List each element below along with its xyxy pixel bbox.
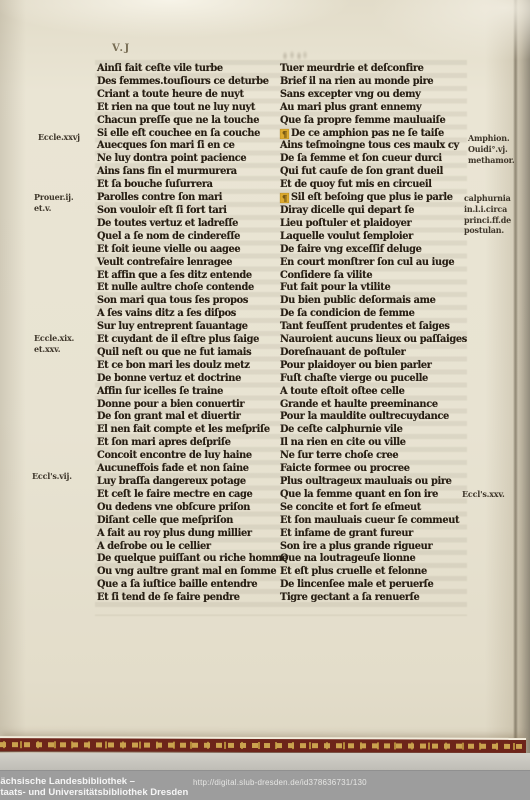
library-name-line2: Staats- und Universitätsbibliothek Dresd… xyxy=(0,788,188,799)
verse-line: Il na rien en cite ou ville xyxy=(280,437,470,450)
verse-line: Affin ſur icelles ſe traine xyxy=(97,386,287,399)
verse-line: Que na loutrageuſe lionne xyxy=(280,553,470,566)
verse-line: Conſidere ſa vilite xyxy=(280,270,470,283)
verse-line: Et affin que a ſes ditz entende xyxy=(97,270,287,283)
verse-line: Et ſon mauluais cueur ſe commeut xyxy=(280,515,470,528)
verse-line: A toute eſtoit oſtee celle xyxy=(280,386,470,399)
verse-line: Et ce bon mari les doulz metz xyxy=(97,360,287,373)
left-text-column: Ainſi fait ceſte vile turbeDes femmes.to… xyxy=(97,63,287,605)
illuminated-paragraph-mark: ¶ xyxy=(280,193,289,203)
verse-line: ¶Sil eſt beſoing que plus ie parle xyxy=(280,192,470,205)
verse-line: De toutes vertuz et ladreſſe xyxy=(97,218,287,231)
verse-line: A deſrobe ou le cellier xyxy=(97,541,287,554)
margin-note-eccls-xxv: Eccl's.xxv. xyxy=(462,489,505,500)
background-surface xyxy=(0,753,530,770)
verse-line: Et rien na que tout ne luy nuyt xyxy=(97,102,287,115)
verse-line: Au mari plus grant ennemy xyxy=(280,102,470,115)
verse-line: Plus oultrageux mauluais ou pire xyxy=(280,476,470,489)
verse-line: Quil neſt ou que ne fut iamais xyxy=(97,347,287,360)
verse-line: Pour plaidoyer ou bien parler xyxy=(280,360,470,373)
verse-line: Auecques ſon mari ſi en ce xyxy=(97,140,287,153)
verse-line: Et ſa bouche ſuſurrera xyxy=(97,179,287,192)
verse-line: Son ire a plus grande rigueur xyxy=(280,541,470,554)
verse-line: Tant feuſſent prudentes et ſaiges xyxy=(280,321,470,334)
verse-line: Que la femme quant en ſon ire xyxy=(280,489,470,502)
verse-line: Que a ſa iuſtice baille entendre xyxy=(97,579,287,592)
verse-line: El nen fait compte et les meſpriſe xyxy=(97,424,287,437)
scan-url: http://digital.slub-dresden.de/id3786367… xyxy=(193,778,367,787)
verse-line: Et infame de grant fureur xyxy=(280,528,470,541)
margin-note-eccle-xxvj: Eccle.xxvj xyxy=(38,132,80,143)
right-text-column: Tuer meurdrie et deſconfireBrief il na r… xyxy=(280,63,470,605)
verse-line: Diſant celle que meſpriſon xyxy=(97,515,287,528)
verse-line: Et ceſt le faire mectre en cage xyxy=(97,489,287,502)
verse-line: Luy braſſa dangereux potage xyxy=(97,476,287,489)
verse-line: Diray dicelle qui depart ſe xyxy=(280,205,470,218)
verse-line: Quel a ſe nom de cindereſſe xyxy=(97,231,287,244)
verse-line: A fait au roy plus dung millier xyxy=(97,528,287,541)
verse-line: Et ſoit ieune vielle ou aagee xyxy=(97,244,287,257)
verse-line: Criant a toute heure de nuyt xyxy=(97,89,287,102)
verse-line: Tuer meurdrie et deſconfire xyxy=(280,63,470,76)
verse-line: De faire vng exceſſif deluge xyxy=(280,244,470,257)
verse-line: Et nulle aultre choſe contende xyxy=(97,282,287,295)
margin-note-amphion: Amphion. Ouidi°.vj. methamor. xyxy=(468,133,515,165)
verse-line: Ou dedens vne obſcure priſon xyxy=(97,502,287,515)
verse-line: De ceſte calphurnie vile xyxy=(280,424,470,437)
verse-line: Doreſnauant de poſtuler xyxy=(280,347,470,360)
gilt-book-edge xyxy=(0,738,526,753)
verse-line: De lincenſee male et peruerſe xyxy=(280,579,470,592)
verse-line: Grande et haulte preeminance xyxy=(280,399,470,412)
verse-line: De ſon grant mal et diuertir xyxy=(97,411,287,424)
caption-bar: Sächsische Landesbibliothek – Staats- un… xyxy=(0,770,530,800)
verse-line: De bonne vertuz et doctrine xyxy=(97,373,287,386)
verse-line: Son mari qua tous ſes propos xyxy=(97,295,287,308)
verse-line: Brief il na rien au monde pire xyxy=(280,76,470,89)
verse-line: Des femmes.touſiours ce deturbe xyxy=(97,76,287,89)
book-page-photo: V.J Ainſi fait ceſte vile turbeDes femme… xyxy=(0,0,530,770)
verse-line: Ainſi fait ceſte vile turbe xyxy=(97,63,287,76)
verse-line: Ou vng aultre grant mal en ſomme xyxy=(97,566,287,579)
verse-line: Que ſa propre femme mauluaiſe xyxy=(280,115,470,128)
verse-line: Donne pour a bien conuertir xyxy=(97,399,287,412)
verse-line: Qui fut cauſe de ſon grant dueil xyxy=(280,166,470,179)
verse-line: ¶De ce amphion pas ne ſe taiſe xyxy=(280,128,470,141)
verse-line: De ſa condicion de femme xyxy=(280,308,470,321)
verse-line: Chacun preſſe que ne la touche xyxy=(97,115,287,128)
verse-line: Aucuneffois fade et non ſaine xyxy=(97,463,287,476)
verse-line: Parolles contre ſon mari xyxy=(97,192,287,205)
verse-line: Fuſt chaſte vierge ou pucelle xyxy=(280,373,470,386)
verse-line: De quelque puiſſant ou riche homme xyxy=(97,553,287,566)
verse-line: Se concite et fort ſe eſmeut xyxy=(280,502,470,515)
verse-line: Nauroient aucuns lieux ou paſſaiges xyxy=(280,334,470,347)
illuminated-paragraph-mark: ¶ xyxy=(280,129,289,139)
verse-line: Et cuydant de il eſtre plus ſaige xyxy=(97,334,287,347)
verse-line: Et eſt plus cruelle et felonne xyxy=(280,566,470,579)
margin-note-calphurnia: calphurnia in.l.i.circa princi.ff.de pos… xyxy=(464,193,511,236)
verse-line: Faicte formee ou procree xyxy=(280,463,470,476)
verse-line: Veult contrefaire lenragee xyxy=(97,257,287,270)
verse-line: Si elle eſt couchee en ſa couche xyxy=(97,128,287,141)
library-name-line1: Sächsische Landesbibliothek – xyxy=(0,777,188,788)
quire-signature: V.J xyxy=(112,43,131,54)
verse-line: Lieu poſtuler et plaidoyer xyxy=(280,218,470,231)
verse-line: Ains ſans fin el murmurera xyxy=(97,166,287,179)
verse-line: Ne luy dontra point pacience xyxy=(97,153,287,166)
verse-line: Pour la mauldite oultrecuydance xyxy=(280,411,470,424)
verse-line: De ſa femme et ſon cueur durci xyxy=(280,153,470,166)
verse-line: Et ſon mari apres deſpriſe xyxy=(97,437,287,450)
library-name: Sächsische Landesbibliothek – Staats- un… xyxy=(0,777,188,798)
verse-line: Ains teſmoingne tous ces maulx cy xyxy=(280,140,470,153)
verse-line: Sans excepter vng ou demy xyxy=(280,89,470,102)
verse-line: Du bien public deſormais ame xyxy=(280,295,470,308)
verse-line: Son vouloir eſt ſi fort tari xyxy=(97,205,287,218)
verse-line: Laquelle voulut ſemploier xyxy=(280,231,470,244)
verse-line: En court monſtrer ſon cul au iuge xyxy=(280,257,470,270)
margin-note-prouer: Prouer.ij. et.v. xyxy=(34,192,73,214)
verse-line: Et ſi tend de ſe faire pendre xyxy=(97,592,287,605)
folio-ghost-mark xyxy=(281,49,309,62)
margin-note-eccle-xix: Eccle.xix. et.xxv. xyxy=(34,333,74,355)
verse-line: Concoit encontre de luy haine xyxy=(97,450,287,463)
verse-line: Tigre gectant a ſa renuerſe xyxy=(280,592,470,605)
verse-line: A ſes vains ditz a ſes diſpos xyxy=(97,308,287,321)
verse-line: Fut fait pour la vtilite xyxy=(280,282,470,295)
margin-note-eccls-vij: Eccl's.vij. xyxy=(32,471,72,482)
scan-viewport: V.J Ainſi fait ceſte vile turbeDes femme… xyxy=(0,0,530,800)
verse-line: Et de quoy fut mis en circueil xyxy=(280,179,470,192)
verse-line: Ne ſur terre choſe cree xyxy=(280,450,470,463)
verse-line: Sur luy entreprent ſauantage xyxy=(97,321,287,334)
